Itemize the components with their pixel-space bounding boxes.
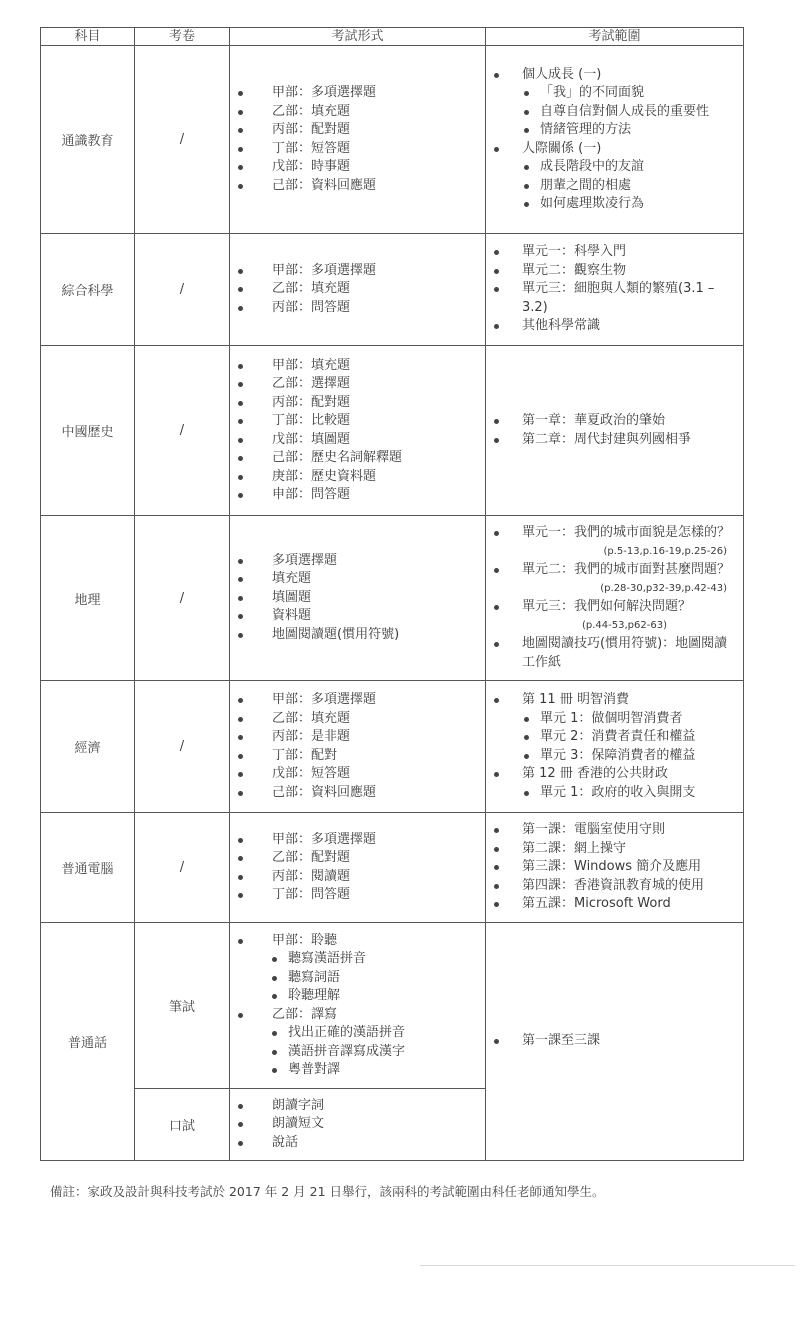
list-subitem: 粵普對譯 [236,1061,477,1080]
list-item: 丁部：問答題 [236,886,477,905]
list-item: 朗讀短文 [236,1115,477,1134]
format-cell: 多項選擇題 填充題 填圖題 資料題 地圖閱讀題(慣用符號) [230,516,486,681]
list-item: 其他科學常識 [492,317,735,336]
table-row: 普通話 筆試 甲部：聆聽 聽寫漢語拼音 聽寫詞語 聆聽理解 乙部：譯寫 找出正確… [41,923,744,1089]
list-item: 甲部：填充題 [236,357,477,376]
list-item: 丁部：配對 [236,747,477,766]
subject-cell: 通識教育 [41,46,135,234]
scope-cell: 第一課：電腦室使用守則 第二課：網上操守 第三課：Windows 簡介及應用 第… [486,813,744,923]
paper-cell: / [135,46,230,234]
list-item: 單元二：觀察生物 [492,262,735,281]
list-subitem: 如何處理欺凌行為 [492,195,735,214]
list-item: 朗讀字詞 [236,1097,477,1116]
table-row: 中國歷史 / 甲部：填充題 乙部：選擇題 丙部：配對題 丁部：比較題 戊部：填圖… [41,346,744,516]
footnote: 備註：家政及設計與科技考試於 2017 年 2 月 21 日舉行，該兩科的考試範… [50,1182,605,1200]
list-subitem: 找出正確的漢語拼音 [236,1024,477,1043]
list-item: 甲部：多項選擇題 [236,831,477,850]
scope-cell: 單元一：科學入門 單元二：觀察生物 單元三：細胞與人類的繁殖(3.1 – 3.2… [486,234,744,346]
scope-cell: 第一課至三課 [486,923,744,1161]
header-scope: 考試範圍 [486,28,744,46]
list-item: 丙部：閱讀題 [236,868,477,887]
list-item: 多項選擇題 [236,552,477,571]
header-subject: 科目 [41,28,135,46]
list-subitem: 自尊自信對個人成長的重要性 [492,103,735,122]
list-item: 說話 [236,1134,477,1153]
list-item: 個人成長 (一) [492,66,735,85]
list-item: 庚部：歷史資料題 [236,468,477,487]
list-subitem: 朋輩之間的相處 [492,177,735,196]
list-item: 單元二：我們的城市面對甚麼問題？ (p.28-30,p32-39,p.42-43… [492,561,735,598]
list-item: 申部：問答題 [236,486,477,505]
list-item: 填充題 [236,570,477,589]
table-row: 地理 / 多項選擇題 填充題 填圖題 資料題 地圖閱讀題(慣用符號) 單元一：我… [41,516,744,681]
exam-schedule-table: 科目 考卷 考試形式 考試範圍 通識教育 / 甲部：多項選擇題 乙部：填充題 丙… [40,27,744,1161]
list-item: 第五課：Microsoft Word [492,895,735,914]
list-subitem: 成長階段中的友誼 [492,158,735,177]
list-item: 地圖閱讀技巧(慣用符號)：地圖閱讀工作紙 [492,635,735,672]
paper-cell: / [135,346,230,516]
list-item: 第一章：華夏政治的肇始 [492,412,735,431]
subject-cell: 普通電腦 [41,813,135,923]
list-item: 單元三：細胞與人類的繁殖(3.1 – 3.2) [492,280,735,317]
list-item: 第二課：網上操守 [492,840,735,859]
list-subitem: 「我」的不同面貌 [492,84,735,103]
list-item: 甲部：聆聽 [236,932,477,951]
list-item: 丁部：短答題 [236,140,477,159]
scope-cell: 第 11 冊 明智消費 單元 1：做個明智消費者 單元 2：消費者責任和權益 單… [486,681,744,813]
scope-cell: 個人成長 (一) 「我」的不同面貌 自尊自信對個人成長的重要性 情緒管理的方法 … [486,46,744,234]
list-item: 戊部：時事題 [236,158,477,177]
subject-cell: 綜合科學 [41,234,135,346]
paper-cell: / [135,516,230,681]
page-range: (p.44-53,p62-63) [522,617,735,636]
list-item: 地圖閱讀題(慣用符號) [236,626,477,645]
subject-cell: 地理 [41,516,135,681]
paper-cell: / [135,813,230,923]
list-item: 第 11 冊 明智消費 [492,691,735,710]
list-item: 甲部：多項選擇題 [236,691,477,710]
subject-cell: 中國歷史 [41,346,135,516]
list-item: 丙部：問答題 [236,299,477,318]
list-item: 第三課：Windows 簡介及應用 [492,858,735,877]
list-subitem: 單元 1：做個明智消費者 [492,710,735,729]
format-cell: 甲部：聆聽 聽寫漢語拼音 聽寫詞語 聆聽理解 乙部：譯寫 找出正確的漢語拼音 漢… [230,923,486,1089]
paper-cell: 筆試 [135,923,230,1089]
list-item: 第一課：電腦室使用守則 [492,821,735,840]
header-paper: 考卷 [135,28,230,46]
list-item: 甲部：多項選擇題 [236,84,477,103]
list-subitem: 聽寫漢語拼音 [236,950,477,969]
unit-title: 單元三：我們如何解決問題？ [522,599,691,614]
list-item: 乙部：選擇題 [236,375,477,394]
list-subitem: 情緒管理的方法 [492,121,735,140]
list-item: 戊部：短答題 [236,765,477,784]
format-cell: 甲部：填充題 乙部：選擇題 丙部：配對題 丁部：比較題 戊部：填圖題 己部：歷史… [230,346,486,516]
unit-title: 單元一：我們的城市面貌是怎樣的？ [522,525,730,540]
list-item: 丙部：配對題 [236,394,477,413]
subject-cell: 普通話 [41,923,135,1161]
list-item: 丁部：比較題 [236,412,477,431]
format-cell: 朗讀字詞 朗讀短文 說話 [230,1089,486,1161]
list-item: 戊部：填圖題 [236,431,477,450]
list-item: 甲部：多項選擇題 [236,262,477,281]
list-item: 單元一：科學入門 [492,243,735,262]
list-item: 己部：資料回應題 [236,177,477,196]
format-cell: 甲部：多項選擇題 乙部：填充題 丙部：是非題 丁部：配對 戊部：短答題 己部：資… [230,681,486,813]
list-item: 第 12 冊 香港的公共財政 [492,765,735,784]
table-header-row: 科目 考卷 考試形式 考試範圍 [41,28,744,46]
list-item: 單元一：我們的城市面貌是怎樣的？ (p.5-13,p.16-19,p.25-26… [492,524,735,561]
paper-cell: / [135,681,230,813]
unit-title: 單元二：我們的城市面對甚麼問題？ [522,562,730,577]
list-item: 填圖題 [236,589,477,608]
page-range: (p.5-13,p.16-19,p.25-26) [522,543,735,562]
page-range: (p.28-30,p32-39,p.42-43) [522,580,735,599]
paper-cell: / [135,234,230,346]
list-subitem: 單元 2：消費者責任和權益 [492,728,735,747]
paper-cell: 口試 [135,1089,230,1161]
list-subitem: 單元 3：保障消費者的權益 [492,747,735,766]
list-subitem: 單元 1：政府的收入與開支 [492,784,735,803]
scope-cell: 第一章：華夏政治的肇始 第二章：周代封建與列國相爭 [486,346,744,516]
subject-cell: 經濟 [41,681,135,813]
list-item: 資料題 [236,607,477,626]
list-item: 乙部：填充題 [236,280,477,299]
list-item: 乙部：填充題 [236,710,477,729]
scope-cell: 單元一：我們的城市面貌是怎樣的？ (p.5-13,p.16-19,p.25-26… [486,516,744,681]
list-item: 己部：歷史名詞解釋題 [236,449,477,468]
table-row: 經濟 / 甲部：多項選擇題 乙部：填充題 丙部：是非題 丁部：配對 戊部：短答題… [41,681,744,813]
list-subitem: 聽寫詞語 [236,969,477,988]
format-cell: 甲部：多項選擇題 乙部：填充題 丙部：配對題 丁部：短答題 戊部：時事題 己部：… [230,46,486,234]
list-subitem: 漢語拼音譯寫成漢字 [236,1043,477,1062]
list-item: 第四課：香港資訊教育城的使用 [492,877,735,896]
list-item: 第二章：周代封建與列國相爭 [492,431,735,450]
header-format: 考試形式 [230,28,486,46]
format-cell: 甲部：多項選擇題 乙部：填充題 丙部：問答題 [230,234,486,346]
list-item: 第一課至三課 [492,1032,735,1051]
table-row: 綜合科學 / 甲部：多項選擇題 乙部：填充題 丙部：問答題 單元一：科學入門 單… [41,234,744,346]
scan-artifact-line [420,1265,795,1266]
list-item: 乙部：填充題 [236,103,477,122]
table-row: 普通電腦 / 甲部：多項選擇題 乙部：配對題 丙部：閱讀題 丁部：問答題 第一課… [41,813,744,923]
format-cell: 甲部：多項選擇題 乙部：配對題 丙部：閱讀題 丁部：問答題 [230,813,486,923]
list-subitem: 聆聽理解 [236,987,477,1006]
table-row: 通識教育 / 甲部：多項選擇題 乙部：填充題 丙部：配對題 丁部：短答題 戊部：… [41,46,744,234]
list-item: 丙部：配對題 [236,121,477,140]
list-item: 丙部：是非題 [236,728,477,747]
list-item: 乙部：配對題 [236,849,477,868]
list-item: 單元三：我們如何解決問題？ (p.44-53,p62-63) [492,598,735,635]
list-item: 己部：資料回應題 [236,784,477,803]
list-item: 人際關係 (一) [492,140,735,159]
list-item: 乙部：譯寫 [236,1006,477,1025]
